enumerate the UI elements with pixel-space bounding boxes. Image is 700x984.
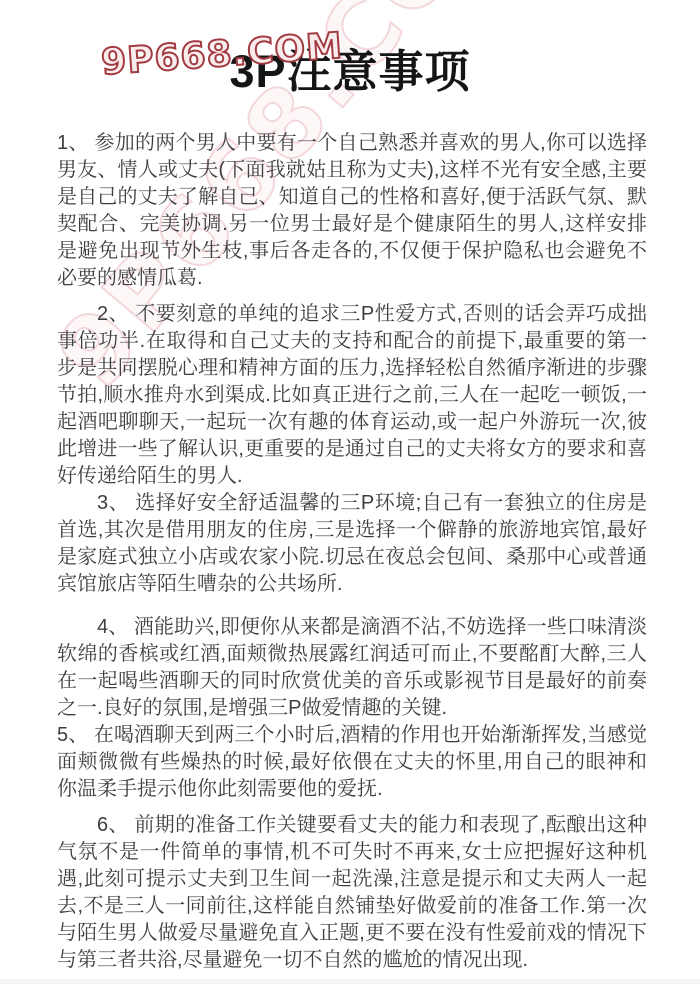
- paragraph-5: 5、 在喝酒聊天到两三个小时后,酒精的作用也开始渐渐挥发,当感觉面颊微微有些燥热…: [57, 722, 647, 803]
- document-header: 9P668.COM 3P注意事项: [0, 0, 700, 120]
- paragraph-1: 1、 参加的两个男人中要有一个自己熟悉并喜欢的男人,你可以选择男友、情人或丈夫(…: [57, 130, 647, 292]
- paragraph-2: 2、 不要刻意的单纯的追求三P性爱方式,否则的话会弄巧成拙事倍功半.在取得和自己…: [57, 301, 647, 490]
- paragraph-3: 3、 选择好安全舒适温馨的三P环境;自己有一套独立的住房是首选,其次是借用朋友的…: [57, 490, 647, 598]
- paragraph-6: 6、 前期的准备工作关键要看丈夫的能力和表现了,酝酿出这种气氛不是一件简单的事情…: [57, 812, 647, 974]
- page-bottom-edge: [0, 979, 700, 984]
- document-page: 9P668.COM 9P668.COM 3P注意事项 1、 参加的两个男人中要有…: [0, 0, 700, 984]
- document-body: 1、 参加的两个男人中要有一个自己熟悉并喜欢的男人,你可以选择男友、情人或丈夫(…: [57, 130, 647, 974]
- paragraph-4: 4、 酒能助兴,即便你从来都是滴酒不沾,不妨选择一些口味清淡软绵的香槟或红酒,面…: [57, 614, 647, 722]
